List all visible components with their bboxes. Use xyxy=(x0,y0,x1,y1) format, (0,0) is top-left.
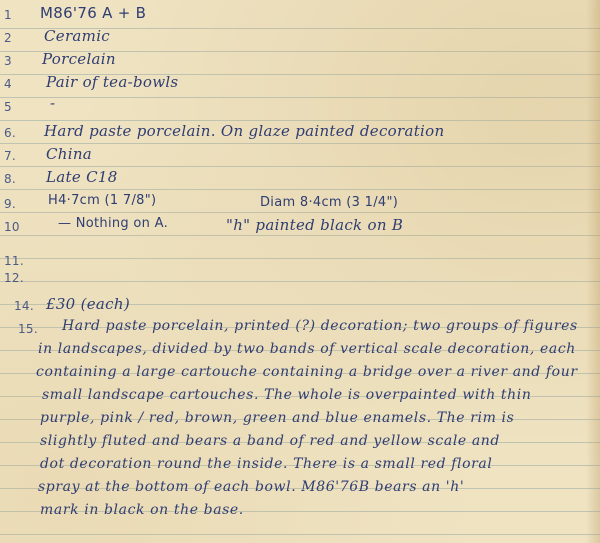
entry-number: 1 xyxy=(4,8,12,22)
entry-number: 11. xyxy=(4,254,24,268)
entry-number: 7. xyxy=(4,149,16,163)
entry-text: Pair of tea-bowls xyxy=(46,73,178,91)
entry-number: 9. xyxy=(4,197,16,211)
entry-number: 5 xyxy=(4,100,12,114)
entry-text: Late C18 xyxy=(46,168,118,186)
entry-text: Hard paste porcelain. On glaze painted d… xyxy=(44,122,444,140)
entry-number: 10 xyxy=(4,220,20,234)
entry-text: China xyxy=(46,145,92,163)
entry-text-secondary: Diam 8·4cm (3 1/4") xyxy=(260,195,398,210)
entry-text: - xyxy=(50,94,55,112)
entry-text: Porcelain xyxy=(42,50,116,68)
entry-text: £30 (each) xyxy=(46,295,130,313)
page-edge-shadow xyxy=(586,0,600,543)
entry-text: — Nothing on A. xyxy=(58,216,168,231)
entry-number: 14. xyxy=(14,299,34,313)
entry-number: 4 xyxy=(4,77,12,91)
entry-number: 15. xyxy=(18,322,38,336)
entry-text: Hard paste porcelain, printed (?) decora… xyxy=(62,318,578,334)
entry-text: Ceramic xyxy=(44,27,110,45)
entry-number: 2 xyxy=(4,31,12,45)
entry-text: H4·7cm (1 7/8") xyxy=(48,193,156,208)
entry-text-secondary: "h" painted black on B xyxy=(226,216,403,234)
entry-text: M86'76 A + B xyxy=(40,4,146,22)
entry-number: 12. xyxy=(4,271,24,285)
entry-number: 3 xyxy=(4,54,12,68)
entry-number: 8. xyxy=(4,172,16,186)
notebook-page: 1 M86'76 A + B 2 Ceramic 3 Porcelain 4 P… xyxy=(0,0,600,543)
entry-number: 6. xyxy=(4,126,16,140)
